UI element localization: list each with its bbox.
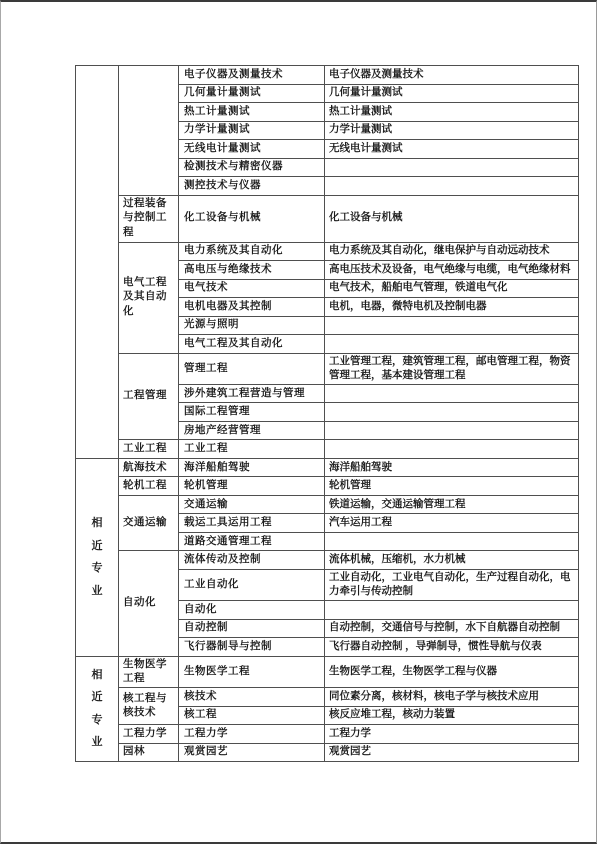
old-specialty-cell: 汽车运用工程 (325, 514, 579, 533)
group-cell (119, 66, 179, 196)
old-specialty-cell: 工业管理工程，建筑管理工程，邮电管理工程，物资管理工程，基本建设管理工程 (325, 353, 579, 384)
new-specialty-cell: 工业自动化 (179, 569, 325, 600)
side-label-cell: 相近专业 (76, 458, 119, 656)
old-specialty-cell: 几何量计量测试 (325, 84, 579, 103)
group-cell: 工程力学 (119, 725, 179, 744)
old-specialty-cell (325, 532, 579, 551)
old-specialty-cell: 流体机械，压缩机，水力机械 (325, 551, 579, 570)
old-specialty-cell (325, 403, 579, 422)
old-specialty-cell (325, 335, 579, 354)
group-cell: 自动化 (119, 551, 179, 656)
new-specialty-cell: 观赏园艺 (179, 743, 325, 762)
group-cell: 轮机工程 (119, 477, 179, 496)
old-specialty-cell: 飞行器自动控制 ，导弹制导，惯性导航与仪表 (325, 638, 579, 657)
old-specialty-cell: 自动控制，交通信号与控制，水下自航器自动控制 (325, 619, 579, 638)
table-row: 自动化 流体传动及控制 流体机械，压缩机，水力机械 (76, 551, 579, 570)
new-specialty-cell: 工业工程 (179, 440, 325, 459)
old-specialty-cell: 电力系统及其自动化，继电保护与自动远动技术 (325, 242, 579, 261)
old-specialty-cell (325, 177, 579, 196)
new-specialty-cell: 核工程 (179, 706, 325, 725)
new-specialty-cell: 电气技术 (179, 279, 325, 298)
old-specialty-cell: 无线电计量测试 (325, 140, 579, 159)
table-row: 电气工程及其自动化 电力系统及其自动化 电力系统及其自动化，继电保护与自动远动技… (76, 242, 579, 261)
new-specialty-cell: 热工计量测试 (179, 103, 325, 122)
old-specialty-cell (325, 421, 579, 440)
old-specialty-cell: 电机，电器，微特电机及控制电器 (325, 298, 579, 317)
new-specialty-cell: 国际工程管理 (179, 403, 325, 422)
table-row: 核工程与核技术 核技术 同位素分离，核材料，核电子学与核技术应用 (76, 688, 579, 707)
new-specialty-cell: 几何量计量测试 (179, 84, 325, 103)
old-specialty-cell: 高电压技术及设备，电气绝缘与电缆，电气绝缘材料 (325, 261, 579, 280)
side-label-cell: 相近专业 (76, 656, 119, 761)
old-specialty-cell: 化工设备与机械 (325, 195, 579, 242)
group-cell: 生物医学工程 (119, 656, 179, 687)
old-specialty-cell: 海洋船舶驾驶 (325, 458, 579, 477)
new-specialty-cell: 自动化 (179, 601, 325, 620)
new-specialty-cell: 光源与照明 (179, 316, 325, 335)
table-row: 园林 观赏园艺 观赏园艺 (76, 743, 579, 762)
group-cell: 工程管理 (119, 353, 179, 440)
new-specialty-cell: 轮机管理 (179, 477, 325, 496)
document-page: 电子仪器及测量技术 电子仪器及测量技术 几何量计量测试 几何量计量测试 热工计量… (0, 0, 597, 844)
old-specialty-cell (325, 440, 579, 459)
old-specialty-cell: 核反应堆工程，核动力装置 (325, 706, 579, 725)
group-cell: 电气工程及其自动化 (119, 242, 179, 353)
old-specialty-cell: 热工计量测试 (325, 103, 579, 122)
group-cell: 过程装备与控制工程 (119, 195, 179, 242)
side-label-text: 相近专业 (91, 512, 104, 602)
group-cell: 核工程与核技术 (119, 688, 179, 725)
new-specialty-cell: 电子仪器及测量技术 (179, 66, 325, 85)
specialty-table: 电子仪器及测量技术 电子仪器及测量技术 几何量计量测试 几何量计量测试 热工计量… (75, 65, 579, 762)
new-specialty-cell: 核技术 (179, 688, 325, 707)
table-row: 相近专业 航海技术 海洋船舶驾驶 海洋船舶驾驶 (76, 458, 579, 477)
old-specialty-cell: 工程力学 (325, 725, 579, 744)
new-specialty-cell: 交通运输 (179, 495, 325, 514)
new-specialty-cell: 流体传动及控制 (179, 551, 325, 570)
new-specialty-cell: 电气工程及其自动化 (179, 335, 325, 354)
old-specialty-cell: 铁道运输，交通运输管理工程 (325, 495, 579, 514)
table-row: 相近专业 生物医学工程 生物医学工程 生物医学工程，生物医学工程与仪器 (76, 656, 579, 687)
old-specialty-cell: 电气技术，船舶电气管理，铁道电气化 (325, 279, 579, 298)
table-row: 轮机工程 轮机管理 轮机管理 (76, 477, 579, 496)
old-specialty-cell (325, 601, 579, 620)
new-specialty-cell: 电力系统及其自动化 (179, 242, 325, 261)
new-specialty-cell: 自动控制 (179, 619, 325, 638)
new-specialty-cell: 载运工具运用工程 (179, 514, 325, 533)
new-specialty-cell: 海洋船舶驾驶 (179, 458, 325, 477)
side-label-text: 相近专业 (91, 664, 104, 754)
table-row: 电子仪器及测量技术 电子仪器及测量技术 (76, 66, 579, 85)
old-specialty-cell (325, 158, 579, 177)
new-specialty-cell: 管理工程 (179, 353, 325, 384)
table-row: 过程装备与控制工程 化工设备与机械 化工设备与机械 (76, 195, 579, 242)
new-specialty-cell: 涉外建筑工程营造与管理 (179, 384, 325, 403)
table-row: 工业工程 工业工程 (76, 440, 579, 459)
old-specialty-cell: 工业自动化，工业电气自动化，生产过程自动化，电力牵引与传动控制 (325, 569, 579, 600)
old-specialty-cell (325, 316, 579, 335)
new-specialty-cell: 房地产经营管理 (179, 421, 325, 440)
group-cell: 工业工程 (119, 440, 179, 459)
table-row: 交通运输 交通运输 铁道运输，交通运输管理工程 (76, 495, 579, 514)
new-specialty-cell: 力学计量测试 (179, 121, 325, 140)
new-specialty-cell: 测控技术与仪器 (179, 177, 325, 196)
new-specialty-cell: 道路交通管理工程 (179, 532, 325, 551)
new-specialty-cell: 工程力学 (179, 725, 325, 744)
old-specialty-cell: 力学计量测试 (325, 121, 579, 140)
old-specialty-cell: 电子仪器及测量技术 (325, 66, 579, 85)
old-specialty-cell: 轮机管理 (325, 477, 579, 496)
group-cell: 交通运输 (119, 495, 179, 551)
old-specialty-cell: 同位素分离，核材料，核电子学与核技术应用 (325, 688, 579, 707)
new-specialty-cell: 电机电器及其控制 (179, 298, 325, 317)
new-specialty-cell: 无线电计量测试 (179, 140, 325, 159)
table-row: 工程管理 管理工程 工业管理工程，建筑管理工程，邮电管理工程，物资管理工程，基本… (76, 353, 579, 384)
new-specialty-cell: 高电压与绝缘技术 (179, 261, 325, 280)
new-specialty-cell: 飞行器制导与控制 (179, 638, 325, 657)
group-cell: 园林 (119, 743, 179, 762)
side-label-cell (76, 66, 119, 459)
group-cell: 航海技术 (119, 458, 179, 477)
new-specialty-cell: 化工设备与机械 (179, 195, 325, 242)
new-specialty-cell: 检测技术与精密仪器 (179, 158, 325, 177)
table-row: 工程力学 工程力学 工程力学 (76, 725, 579, 744)
old-specialty-cell: 观赏园艺 (325, 743, 579, 762)
new-specialty-cell: 生物医学工程 (179, 656, 325, 687)
old-specialty-cell (325, 384, 579, 403)
old-specialty-cell: 生物医学工程，生物医学工程与仪器 (325, 656, 579, 687)
